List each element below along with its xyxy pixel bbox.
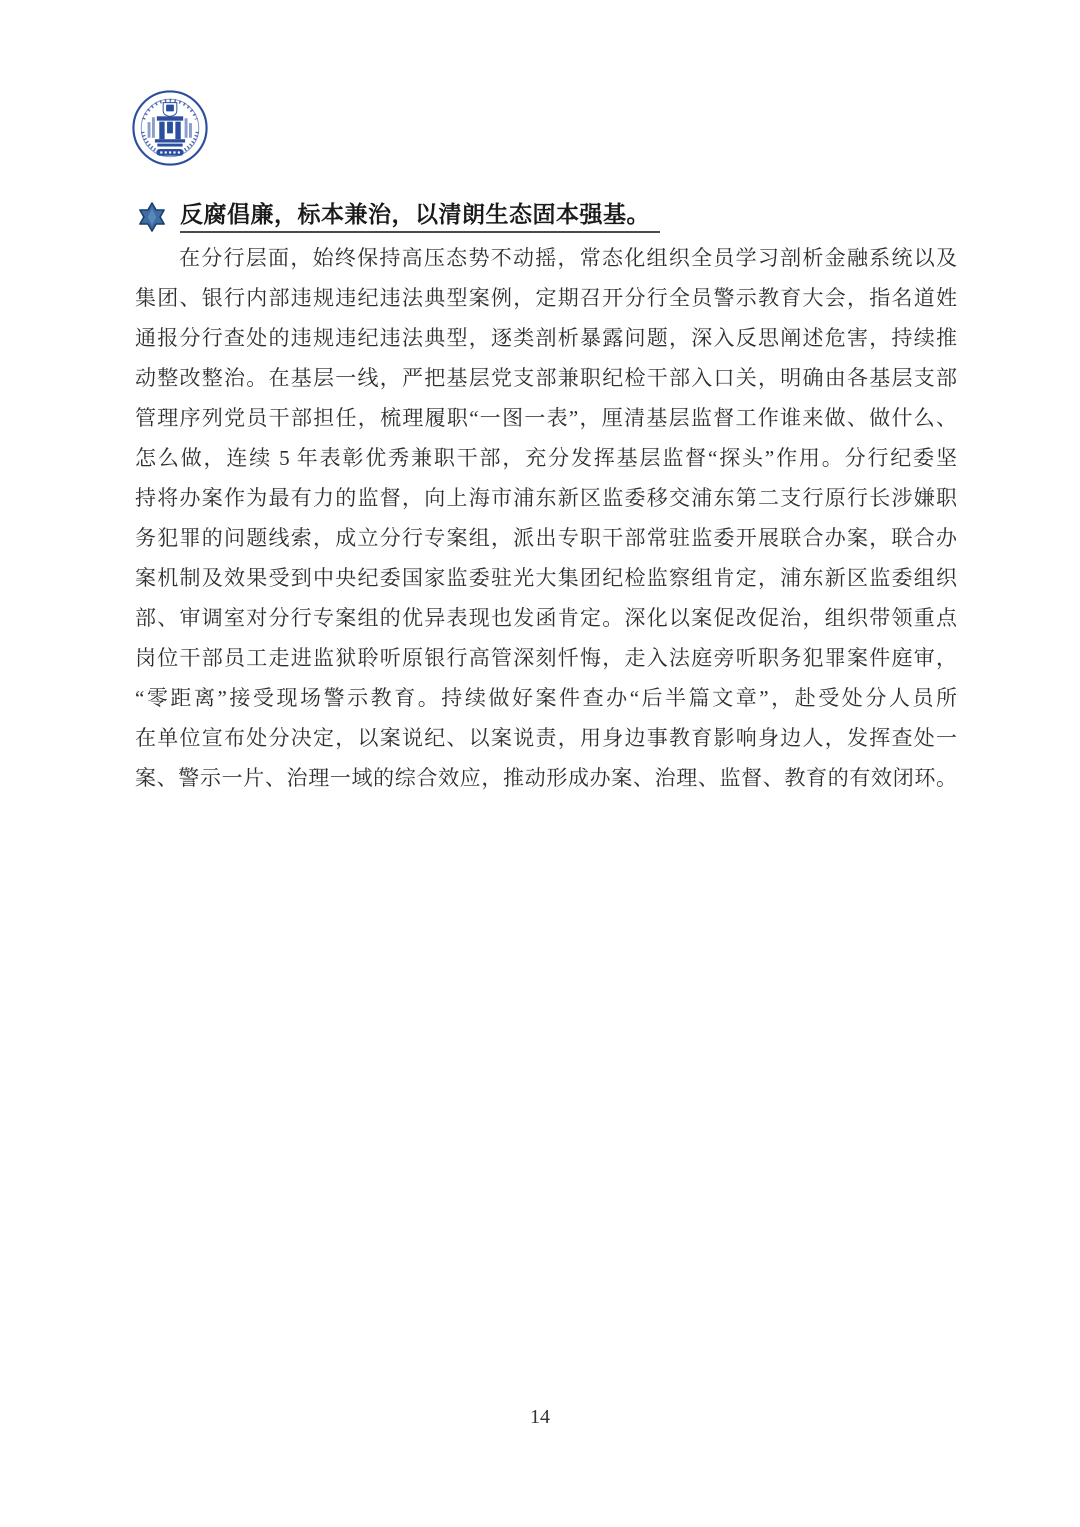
institution-emblem-icon [131, 89, 209, 167]
paragraph-line: 岗位干部员工走进监狱聆听原银行高管深刻忏悔，走入法庭旁听职务犯罪案件庭审， [135, 638, 957, 678]
paragraph-line: 部、审调室对分行专案组的优异表现也发函肯定。深化以案促改促治，组织带领重点 [135, 598, 957, 638]
paragraph-line: 管理序列党员干部担任，梳理履职“一图一表”，厘清基层监督工作谁来做、做什么、 [135, 398, 957, 438]
paragraph-line: “零距离”接受现场警示教育。持续做好案件查办“后半篇文章”，赴受处分人员所 [135, 678, 957, 718]
page-number: 14 [0, 1402, 1080, 1432]
six-pointed-star-icon [137, 202, 167, 232]
paragraph-line: 怎么做，连续 5 年表彰优秀兼职干部，充分发挥基层监督“探头”作用。分行纪委坚 [135, 438, 957, 478]
paragraph-line: 在单位宣布处分决定，以案说纪、以案说责，用身边事教育影响身边人，发挥查处一 [135, 718, 957, 758]
paragraph-line: 在分行层面，始终保持高压态势不动摇，常态化组织全员学习剖析金融系统以及 [135, 238, 957, 278]
paragraph-line: 案机制及效果受到中央纪委国家监委驻光大集团纪检监察组肯定，浦东新区监委组织 [135, 558, 957, 598]
section-heading-row: 反腐倡廉，标本兼治，以清朗生态固本强基。 [137, 200, 660, 234]
article-paragraph: 在分行层面，始终保持高压态势不动摇，常态化组织全员学习剖析金融系统以及 集团、银… [135, 238, 957, 798]
paragraph-line: 通报分行查处的违规违纪违法典型，逐类剖析暴露问题，深入反思阐述危害，持续推 [135, 318, 957, 358]
section-heading-title: 反腐倡廉，标本兼治，以清朗生态固本强基。 [180, 201, 660, 234]
paragraph-line: 集团、银行内部违规违纪违法典型案例，定期召开分行全员警示教育大会，指名道姓 [135, 278, 957, 318]
document-page: 反腐倡廉，标本兼治，以清朗生态固本强基。 在分行层面，始终保持高压态势不动摇，常… [0, 0, 1080, 1527]
paragraph-line: 案、警示一片、治理一域的综合效应，推动形成办案、治理、监督、教育的有效闭环。 [135, 758, 957, 798]
paragraph-line: 务犯罪的问题线索，成立分行专案组，派出专职干部常驻监委开展联合办案，联合办 [135, 518, 957, 558]
paragraph-line: 动整改整治。在基层一线，严把基层党支部兼职纪检干部入口关，明确由各基层支部 [135, 358, 957, 398]
paragraph-line: 持将办案作为最有力的监督，向上海市浦东新区监委移交浦东第二支行原行长涉嫌职 [135, 478, 957, 518]
